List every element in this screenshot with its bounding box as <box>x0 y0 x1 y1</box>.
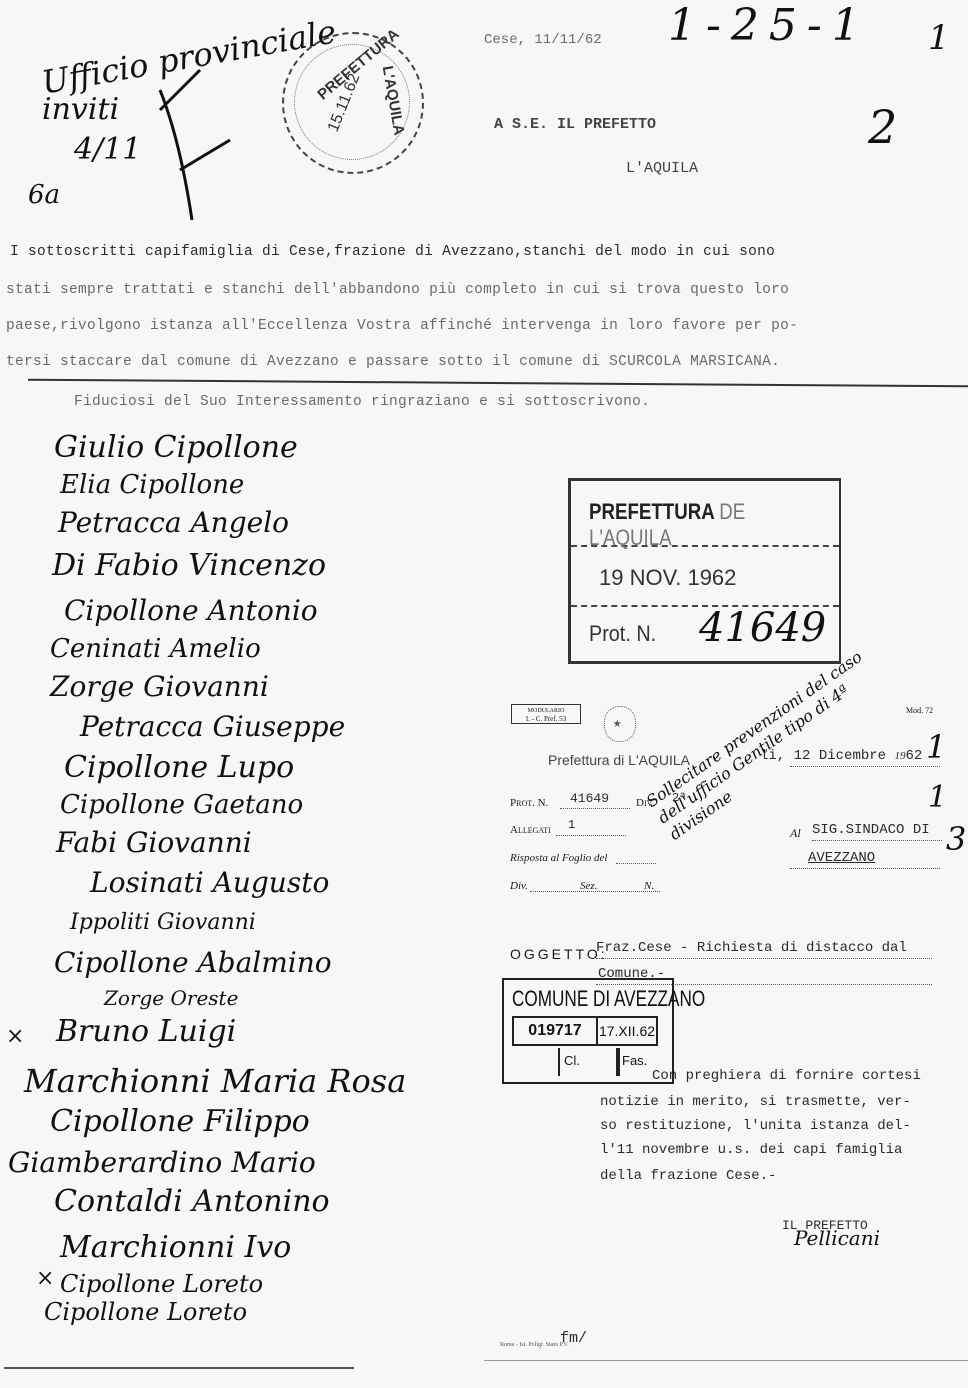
signature: Cipollone Filippo <box>50 1104 310 1139</box>
office-name: Prefettura di L'AQUILA <box>548 752 690 768</box>
form-body-line-1: Con preghiera di fornire cortesi <box>652 1068 921 1084</box>
signature: Giulio Cipollone <box>54 430 298 465</box>
signature: Bruno Luigi <box>56 1014 236 1049</box>
form-body-line-3: so restituzione, l'unita istanza del- <box>600 1118 911 1134</box>
protocol-stamp-date: 19 NOV. 1962 <box>599 565 736 591</box>
signature: Petracca Giuseppe <box>80 710 345 743</box>
handwritten-number-one: 1 <box>928 18 950 58</box>
comune-stamp-title: COMUNE DI AVEZZANO <box>512 986 705 1012</box>
letter-closing: Fiduciosi del Suo Interessamento ringraz… <box>74 394 650 410</box>
typist-initials: fm/ <box>560 1330 587 1347</box>
signature: Ceninati Amelio <box>50 634 261 664</box>
form-body-line-2: notizie in merito, si trasmette, ver- <box>600 1094 911 1110</box>
signature: Ippoliti Giovanni <box>70 910 256 935</box>
bottom-rule <box>4 1367 354 1369</box>
signature: Cipollone Loreto <box>44 1298 247 1326</box>
protocol-stamp-number: 41649 <box>699 605 826 651</box>
margin-fraction-top: 1 <box>926 728 946 766</box>
letter-body-line-3: paese,rivolgono istanza all'Eccellenza V… <box>6 318 798 334</box>
signature: Petracca Angelo <box>58 506 289 539</box>
printer-imprint: Roma - Ist. Poligr. Stato P.V. <box>500 1342 569 1348</box>
letter-date: Cese, 11/11/62 <box>484 32 602 48</box>
round-stamp-prefettura: PREFETTURA 15.11.62 L'AQUILA <box>282 32 424 174</box>
handwritten-note-inviti: inviti <box>42 92 119 127</box>
signature: Contaldi Antonino <box>54 1184 330 1219</box>
signature: Cipollone Gaetano <box>60 790 303 820</box>
signature: Cipollone Lupo <box>64 750 294 785</box>
cross-mark: × <box>6 1024 24 1049</box>
handwritten-margin-annotation: Sollecitare prevenzioni del caso dell'uf… <box>643 635 907 845</box>
prefect-signature: Pellicani <box>794 1226 880 1250</box>
margin-fraction-right: 3 <box>946 820 966 858</box>
letter-body-line-4: tersi staccare dal comune di Avezzano e … <box>6 354 780 370</box>
protocol-stamp-label: Prot. N. <box>589 621 656 647</box>
state-emblem-icon <box>604 706 636 742</box>
comune-stamp-date: 17.XII.62 <box>596 1016 658 1046</box>
handwritten-note-date: 4/11 <box>74 132 141 167</box>
signature: Cipollone Abalmino <box>54 946 332 979</box>
underline-stroke <box>28 379 968 388</box>
signature: Marchionni Ivo <box>60 1230 291 1265</box>
comune-stamp-class: Cl. <box>558 1048 620 1076</box>
addressee-prefix: Al <box>790 826 801 841</box>
comune-avezzano-stamp: COMUNE DI AVEZZANO 019717 17.XII.62 Cl. … <box>502 978 674 1084</box>
signature: Losinati Augusto <box>90 866 329 899</box>
margin-fraction-mid: 1 <box>928 780 947 815</box>
comune-stamp-number: 019717 <box>512 1016 598 1046</box>
form-bottom-rule <box>484 1360 968 1361</box>
div2-label: Div. <box>510 880 528 892</box>
allegati-label: Allegati <box>510 824 551 836</box>
handwritten-initial-mark <box>140 60 240 230</box>
cross-mark: × <box>36 1266 54 1291</box>
form-body-line-4: l'11 novembre u.s. dei capi famiglia <box>600 1142 902 1158</box>
signature: Cipollone Loreto <box>60 1270 263 1298</box>
signature: Zorge Giovanni <box>50 670 269 703</box>
oggetto-label: OGGETTO: <box>510 946 608 962</box>
signature: Elia Cipollone <box>60 470 244 500</box>
modulario-box: MODULARIO I. - C. Pref. 53 <box>511 704 581 724</box>
protocol-stamp-title: PREFETTURA DE L'AQUILA <box>589 499 802 551</box>
handwritten-note-mark: 6a <box>28 180 60 210</box>
allegati-value: 1 <box>568 818 575 832</box>
letter-body-line-1: I sottoscritti capifamiglia di Cese,fraz… <box>10 244 775 260</box>
mod-number: Mod. 72 <box>906 706 933 715</box>
addressee-line-1: SIG.SINDACO DI <box>812 822 930 838</box>
oggetto-line-1: Fraz.Cese - Richiesta di distacco dal <box>596 940 907 956</box>
signature: Marchionni Maria Rosa <box>24 1062 406 1100</box>
prot-label: Prot. N. <box>510 797 548 809</box>
signature: Di Fabio Vincenzo <box>52 548 326 583</box>
signature: Fabi Giovanni <box>56 826 252 859</box>
letter-body-line-2: stati sempre trattati e stanchi dell'abb… <box>6 282 789 298</box>
signature: Giamberardino Mario <box>8 1146 316 1179</box>
prot-value: 41649 <box>570 791 609 806</box>
handwritten-reference: 1-25-1 <box>668 0 870 51</box>
addressee-line-2: AVEZZANO <box>808 850 875 866</box>
risposta-label: Risposta al Foglio del <box>510 852 607 864</box>
signature: Zorge Oreste <box>104 986 238 1010</box>
recipient-line-1: A S.E. IL PREFETTO <box>494 116 656 133</box>
signature: Cipollone Antonio <box>64 594 318 627</box>
protocol-stamp: PREFETTURA DE L'AQUILA 19 NOV. 1962 Prot… <box>568 478 841 664</box>
handwritten-page-number: 2 <box>868 100 897 154</box>
form-body-line-5: della frazione Cese.- <box>600 1168 776 1184</box>
recipient-line-2: L'AQUILA <box>626 160 698 177</box>
